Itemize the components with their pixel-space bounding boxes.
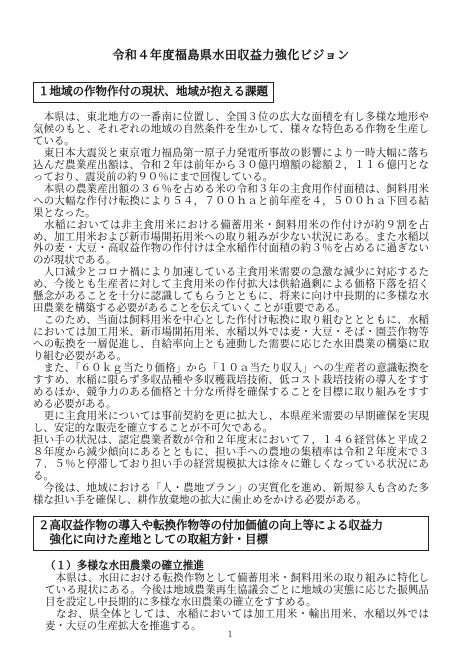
page-number: 1 (0, 629, 460, 639)
subsection-1: （１）多様な水田農業の確立推進 本県は、水田における転換作物として備蓄用米・飼料… (45, 560, 429, 633)
body-paragraph: 東日本大震災と東京電力福島第一原子力発電所事故の影響により一時大幅に落ち込んだ農… (33, 148, 429, 184)
section-1-heading-text: １地域の作物作付の現状、地域が抱える課題 (38, 86, 268, 98)
section-2-heading-line2: 強化に向けた産地としての取組方針・目標 (38, 533, 423, 547)
subsection-1-body: 本県は、水田における転換作物として備蓄用米・飼料用米の取り組みに特化している現状… (45, 573, 429, 633)
document-title: 令和４年度福島県水田収益力強化ビジョン (33, 46, 429, 63)
document-page: 令和４年度福島県水田収益力強化ビジョン １地域の作物作付の現状、地域が抱える課題… (0, 0, 460, 651)
section-2-heading-line1: ２高収益作物の導入や転換作物等の付加価値の向上等による収益力 (38, 519, 423, 533)
body-paragraph: 本県は、水田における転換作物として備蓄用米・飼料用米の取り組みに特化している現状… (45, 573, 429, 609)
section-2-heading: ２高収益作物の導入や転換作物等の付加価値の向上等による収益力 強化に向けた産地と… (33, 516, 429, 551)
body-paragraph: 本県の農業産出額の３６％を占める米の令和３年の主食用作付面積は、飼料用米への大幅… (33, 184, 429, 220)
section-1-heading: １地域の作物作付の現状、地域が抱える課題 (33, 82, 274, 103)
body-paragraph: このため、当面は飼料用米を中心とした作付け転換に取り組むととともに、水稲において… (33, 315, 429, 363)
body-paragraph: 今後は、地域における「人・農地プラン」の実質化を進め、新規参入も含めた多様な担い… (33, 483, 429, 507)
body-paragraph: 水稲においては非主食用米における備蓄用米・飼料用米の作付けが約９割を占め、加工用… (33, 220, 429, 268)
body-paragraph: 本県は、東北地方の一番南に位置し、全国３位の広大な面積を有し多様な地形や気候のも… (33, 112, 429, 148)
section-1-body: 本県は、東北地方の一番南に位置し、全国３位の広大な面積を有し多様な地形や気候のも… (33, 112, 429, 506)
body-paragraph: 担い手の状況は、認定農業者数が令和２年度末において７，１４６経営体と平成２８年度… (33, 435, 429, 483)
document-content: 令和４年度福島県水田収益力強化ビジョン １地域の作物作付の現状、地域が抱える課題… (0, 0, 460, 633)
body-paragraph: 人口減少とコロナ禍により加速している主食用米需要の急激な減少に対応するため、今後… (33, 267, 429, 315)
body-paragraph: また、「６０ｋｇ当たり価格」から「１０ａ当たり収入」への生産者の意識転換をすすめ… (33, 363, 429, 411)
subsection-1-heading: （１）多様な水田農業の確立推進 (45, 560, 429, 572)
body-paragraph: 更に主食用米については事前契約を更に拡大し、本県産米需要の早期確保を実現し、安定… (33, 411, 429, 435)
